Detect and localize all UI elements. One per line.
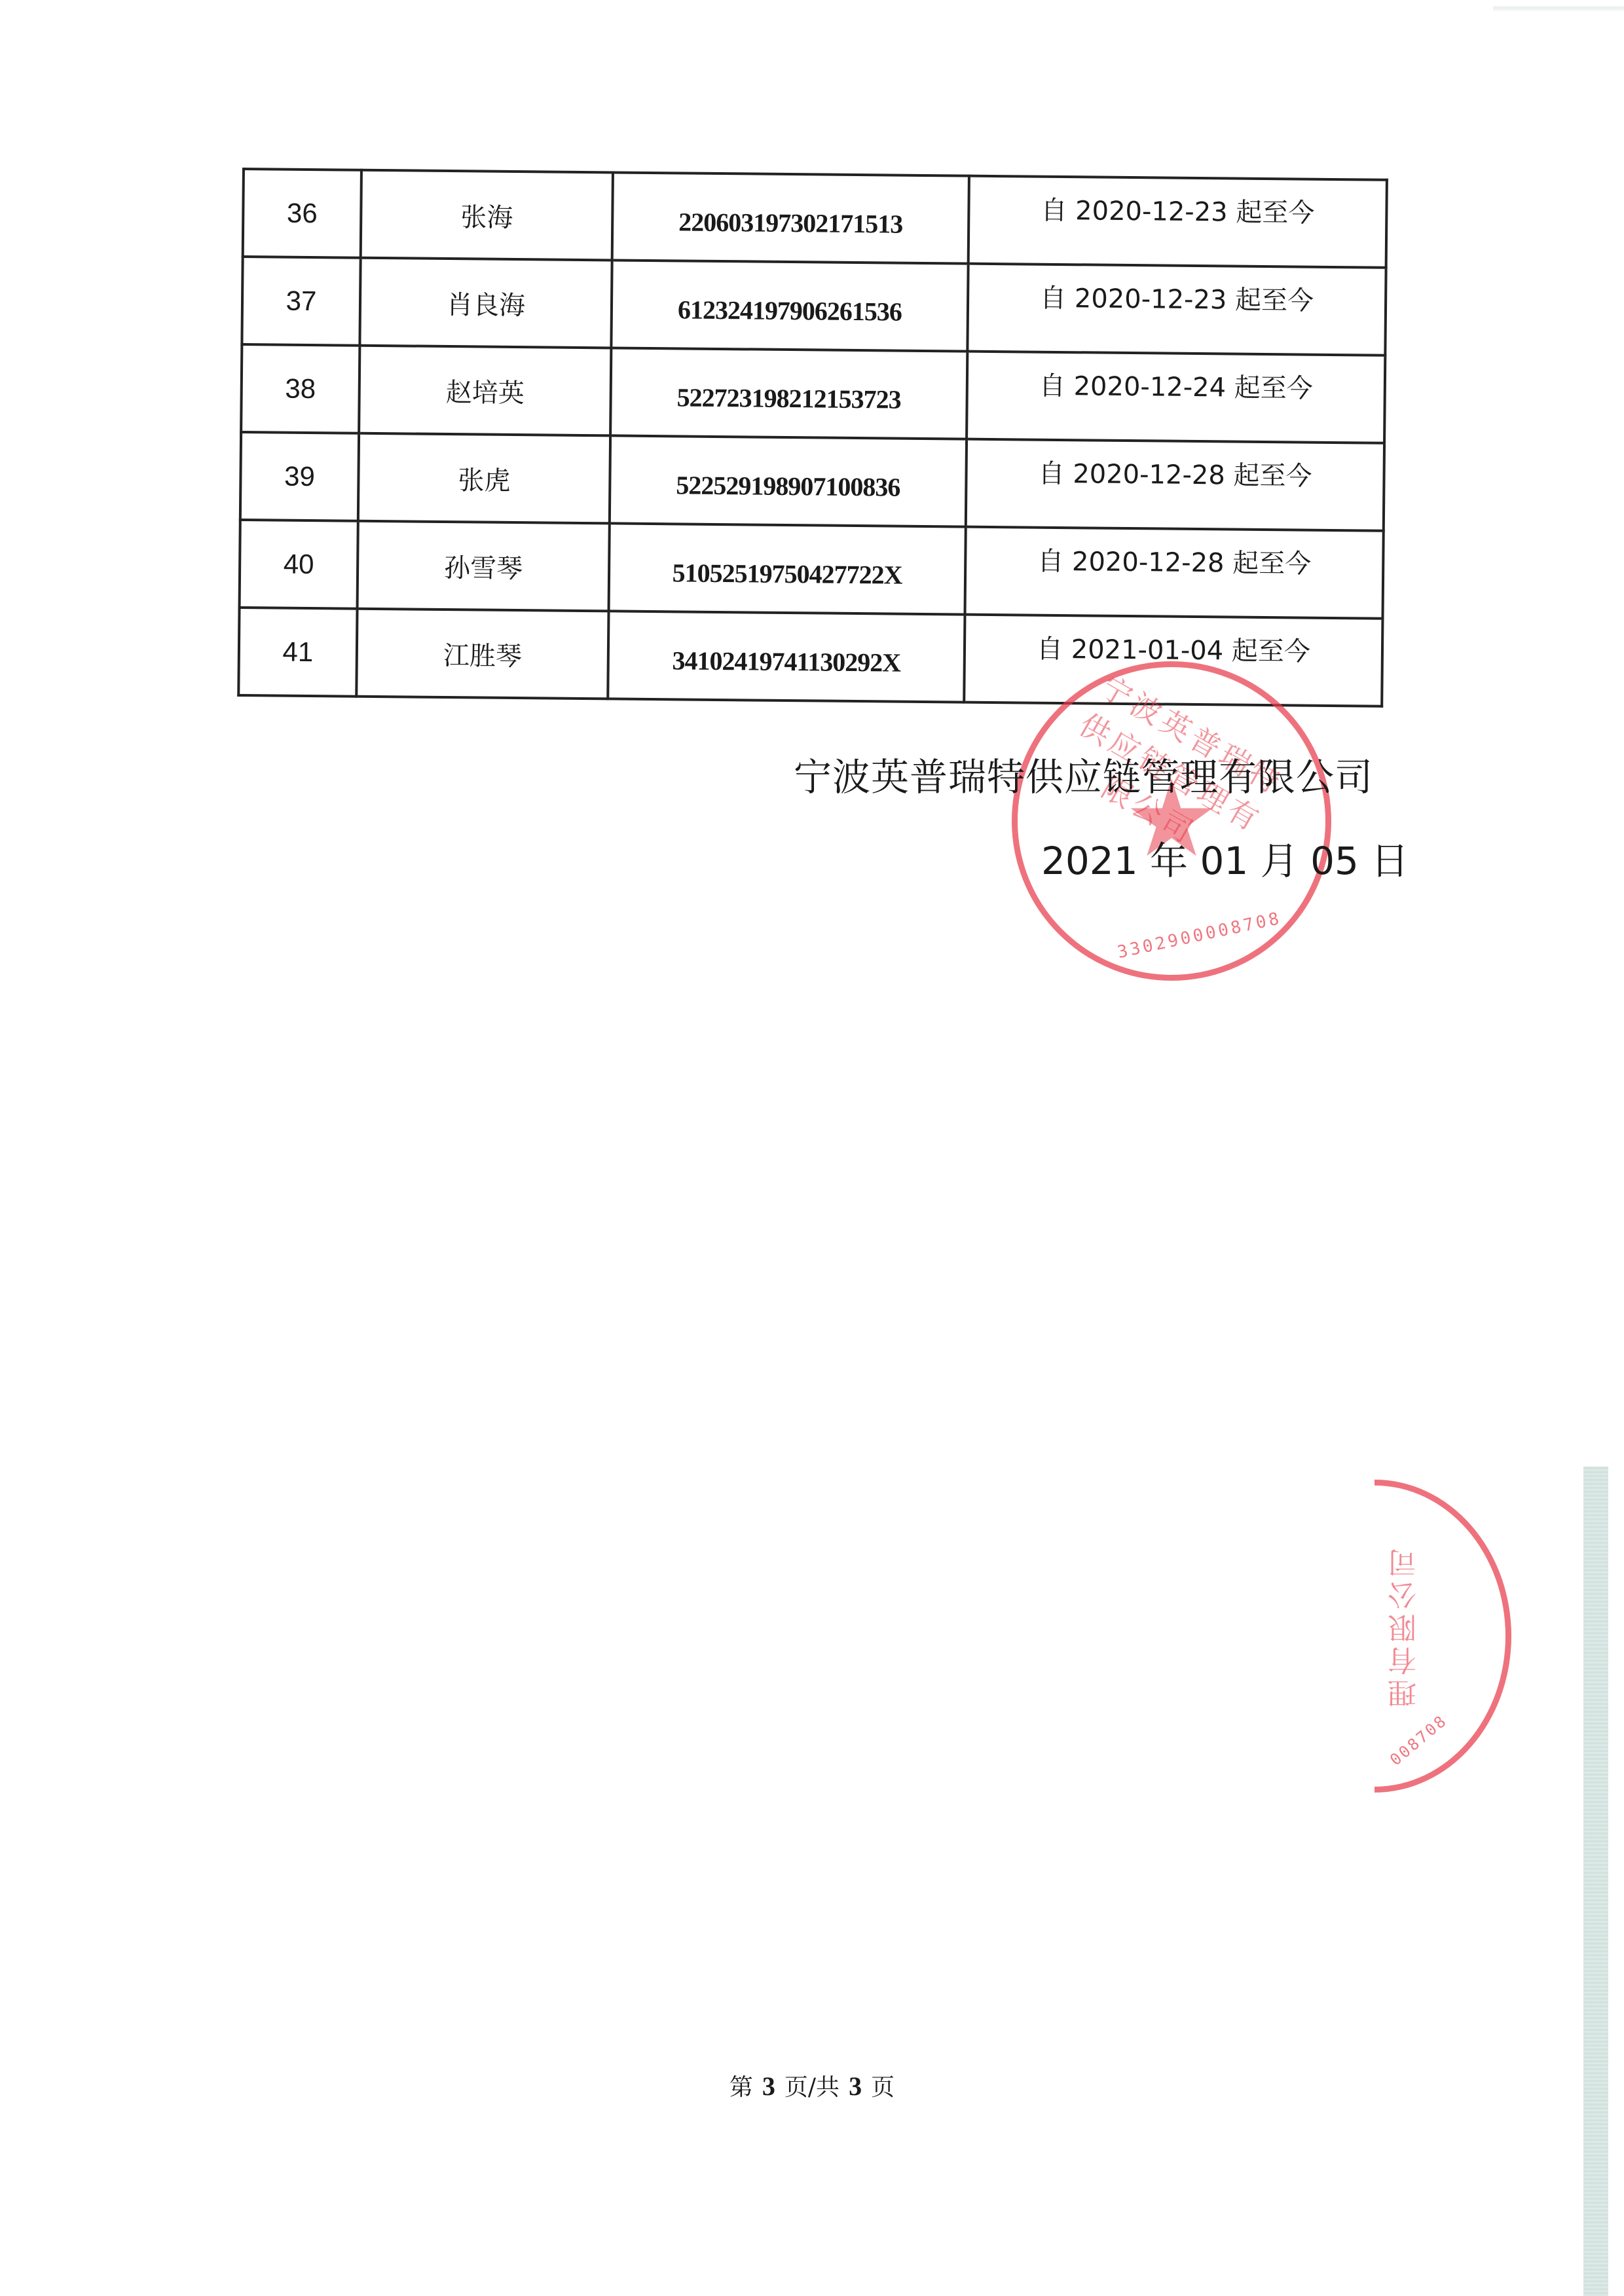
id-number: 34102419741130292X bbox=[608, 611, 965, 702]
employee-name: 江胜琴 bbox=[356, 609, 608, 699]
employee-name: 孙雪琴 bbox=[358, 521, 610, 611]
employment-period: 自 2020-12-28 起至今 bbox=[966, 439, 1384, 531]
company-name: 宁波英普瑞特供应链管理有限公司 bbox=[794, 746, 1373, 801]
id-number: 522723198212153723 bbox=[610, 348, 967, 439]
table-row: 40孙雪琴51052519750427722X自 2020-12-28 起至今 bbox=[240, 520, 1384, 619]
id-number: 51052519750427722X bbox=[609, 523, 966, 614]
company-seal: 宁波英普瑞特供应链管理有限公司 3302900008708 bbox=[1012, 661, 1331, 981]
partial-seal-text: 理有限公司 bbox=[1384, 1544, 1426, 1708]
employee-name: 张海 bbox=[361, 170, 613, 261]
scan-edge-artifact bbox=[1493, 5, 1624, 12]
row-number: 36 bbox=[243, 169, 361, 258]
total-pages: 3 bbox=[849, 2071, 862, 2101]
employee-name: 张虎 bbox=[358, 433, 610, 524]
employment-period: 自 2020-12-28 起至今 bbox=[965, 527, 1383, 619]
scan-side-strip bbox=[1583, 1467, 1608, 2296]
employee-table: 36张海220603197302171513自 2020-12-23 起至今37… bbox=[237, 168, 1388, 708]
id-number: 522529198907100836 bbox=[610, 435, 967, 526]
employee-name: 赵培英 bbox=[359, 346, 611, 436]
table-row: 39张虎522529198907100836自 2020-12-28 起至今 bbox=[240, 432, 1384, 531]
employment-period: 自 2020-12-23 起至今 bbox=[967, 264, 1386, 355]
partial-seal: 理有限公司 008708 bbox=[1238, 1480, 1511, 1793]
footer-suffix: 页 bbox=[871, 2074, 895, 2101]
row-number: 38 bbox=[241, 344, 360, 433]
row-number: 37 bbox=[242, 257, 360, 346]
id-number: 220603197302171513 bbox=[612, 172, 969, 263]
signature-date: 2021 年 01 月 05 日 bbox=[1041, 830, 1409, 885]
footer-prefix: 第 bbox=[729, 2074, 753, 2101]
table-row: 37肖良海612324197906261536自 2020-12-23 起至今 bbox=[242, 257, 1386, 355]
row-number: 39 bbox=[240, 432, 359, 521]
table-row: 36张海220603197302171513自 2020-12-23 起至今 bbox=[243, 169, 1387, 268]
row-number: 41 bbox=[238, 608, 357, 697]
employment-period: 自 2020-12-23 起至今 bbox=[969, 176, 1387, 268]
employment-period: 自 2020-12-24 起至今 bbox=[967, 352, 1385, 443]
row-number: 40 bbox=[240, 520, 358, 609]
partial-seal-code: 008708 bbox=[1386, 1711, 1450, 1770]
id-number: 612324197906261536 bbox=[611, 260, 968, 351]
page-footer: 第3页/共3页 bbox=[0, 2069, 1624, 2102]
table-row: 38赵培英522723198212153723自 2020-12-24 起至今 bbox=[241, 344, 1385, 443]
footer-middle: 页/共 bbox=[784, 2074, 840, 2101]
seal-code: 3302900008708 bbox=[1116, 909, 1283, 962]
employee-name: 肖良海 bbox=[360, 258, 612, 348]
current-page: 3 bbox=[762, 2071, 775, 2101]
